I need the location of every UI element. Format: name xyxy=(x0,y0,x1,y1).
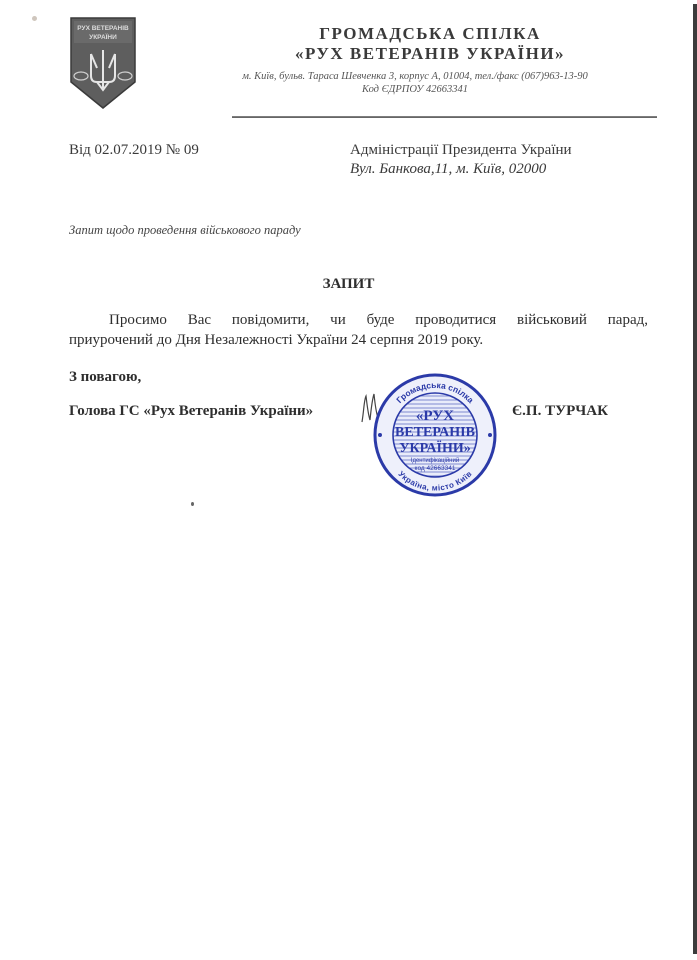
svg-text:ВЕТЕРАНІВ: ВЕТЕРАНІВ xyxy=(395,425,475,440)
document-subject: Запит щодо проведення військового параду xyxy=(69,223,301,238)
org-name-line1: ГРОМАДСЬКА СПІЛКА xyxy=(230,24,630,44)
scan-speck xyxy=(191,502,194,506)
recipient-name: Адміністрації Президента України xyxy=(350,142,572,159)
signer-name: Є.П. ТУРЧАК xyxy=(512,403,608,420)
svg-text:РУХ ВЕТЕРАНІВ: РУХ ВЕТЕРАНІВ xyxy=(77,25,129,32)
svg-text:код 42663341: код 42663341 xyxy=(415,465,456,472)
scan-speck xyxy=(32,16,37,21)
document-reference: Від 02.07.2019 № 09 xyxy=(69,142,199,159)
request-paragraph: Просимо Вас повідомити, чи буде проводит… xyxy=(69,310,648,350)
svg-text:Ідентифікаційний: Ідентифікаційний xyxy=(411,457,459,464)
svg-text:УКРАЇНИ: УКРАЇНИ xyxy=(89,33,117,41)
closing-salutation: З повагою, xyxy=(69,369,141,386)
org-name-line2: «РУХ ВЕТЕРАНІВ УКРАЇНИ» xyxy=(230,44,630,64)
signer-title: Голова ГС «Рух Ветеранів України» xyxy=(69,403,313,420)
org-contact-address: м. Київ, бульв. Тараса Шевченка 3, корпу… xyxy=(195,71,635,82)
svg-text:УКРАЇНИ»: УКРАЇНИ» xyxy=(399,440,471,456)
official-seal-stamp: Громадська спілка Україна, місто Київ «Р… xyxy=(370,370,500,500)
paragraph-line-2: приурочений до Дня Незалежності України … xyxy=(69,330,648,350)
svg-text:«РУХ: «РУХ xyxy=(416,408,454,424)
scan-edge-shadow xyxy=(693,4,697,954)
org-registration-code: Код ЄДРПОУ 42663341 xyxy=(195,84,635,95)
document-heading: ЗАПИТ xyxy=(0,276,697,293)
paragraph-line-1: Просимо Вас повідомити, чи буде проводит… xyxy=(69,310,648,330)
letterhead-divider xyxy=(232,116,657,118)
recipient-address: Вул. Банкова,11, м. Київ, 02000 xyxy=(350,161,546,178)
trident-shield-emblem-icon: РУХ ВЕТЕРАНІВ УКРАЇНИ xyxy=(69,16,137,110)
